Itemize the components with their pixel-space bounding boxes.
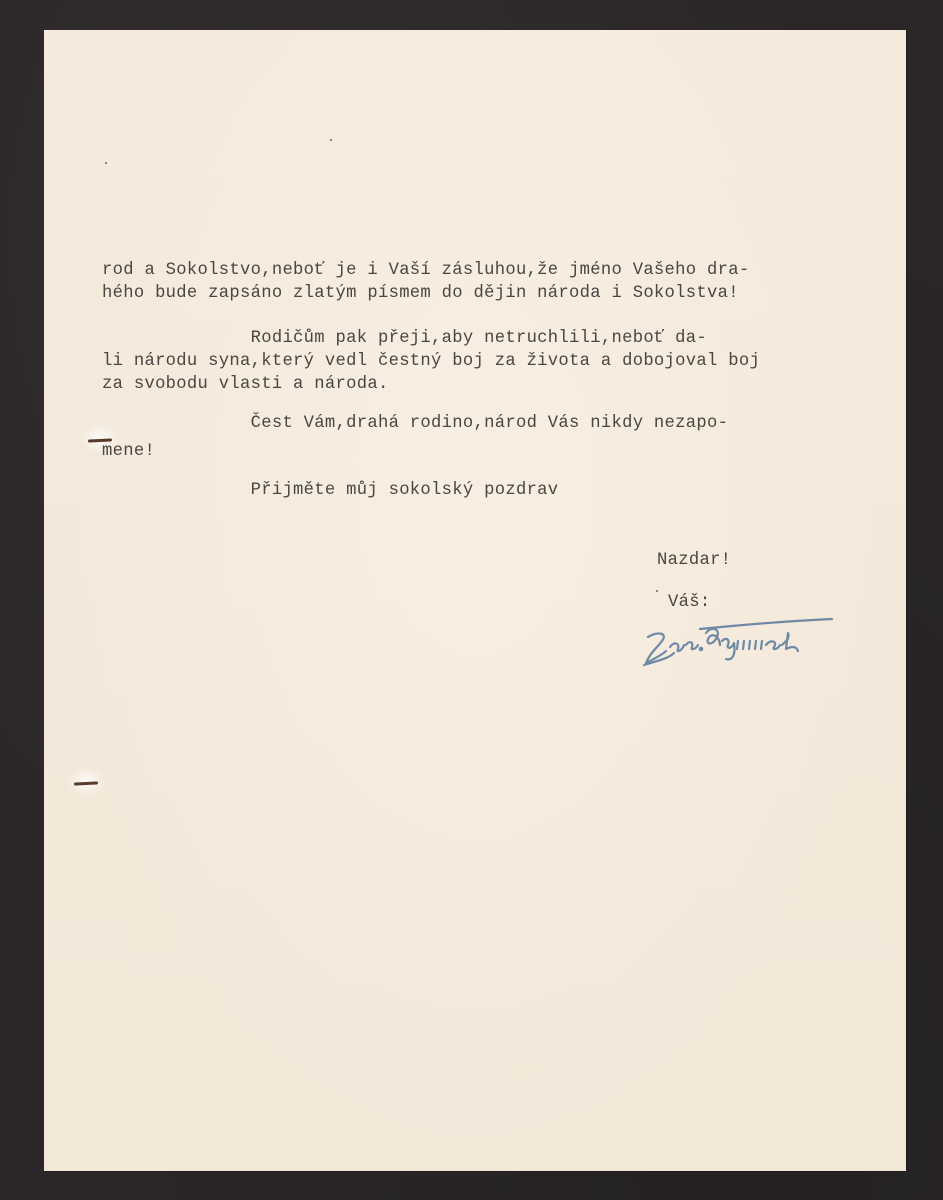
paragraph-3-line-2: mene! [102, 440, 155, 463]
closing-yours: Váš: [668, 591, 710, 614]
paragraph-1-line-2: hého bude zapsáno zlatým písmem do dějin… [102, 282, 739, 305]
punch-hole-icon [66, 773, 106, 795]
paragraph-2-line-2: li národu syna,který vedl čestný boj za … [102, 350, 760, 373]
paragraph-1-line-1: rod a Sokolstvo,neboť je i Vaší zásluhou… [102, 259, 749, 282]
paragraph-2-line-1: Rodičům pak přeji,aby netruchlili,neboť … [102, 327, 707, 350]
closing-greeting: Nazdar! [657, 549, 731, 572]
paper-speck [330, 139, 332, 141]
paper-speck [105, 162, 107, 164]
handwritten-signature-icon [640, 615, 835, 670]
paragraph-4-line-1: Přijměte můj sokolský pozdrav [102, 479, 558, 502]
paragraph-3-line-1: Čest Vám,drahá rodino,národ Vás nikdy ne… [102, 412, 728, 435]
letter-page: rod a Sokolstvo,neboť je i Vaší zásluhou… [44, 30, 906, 1171]
paper-speck [656, 590, 658, 592]
paragraph-2-line-3: za svobodu vlasti a národa. [102, 373, 389, 396]
